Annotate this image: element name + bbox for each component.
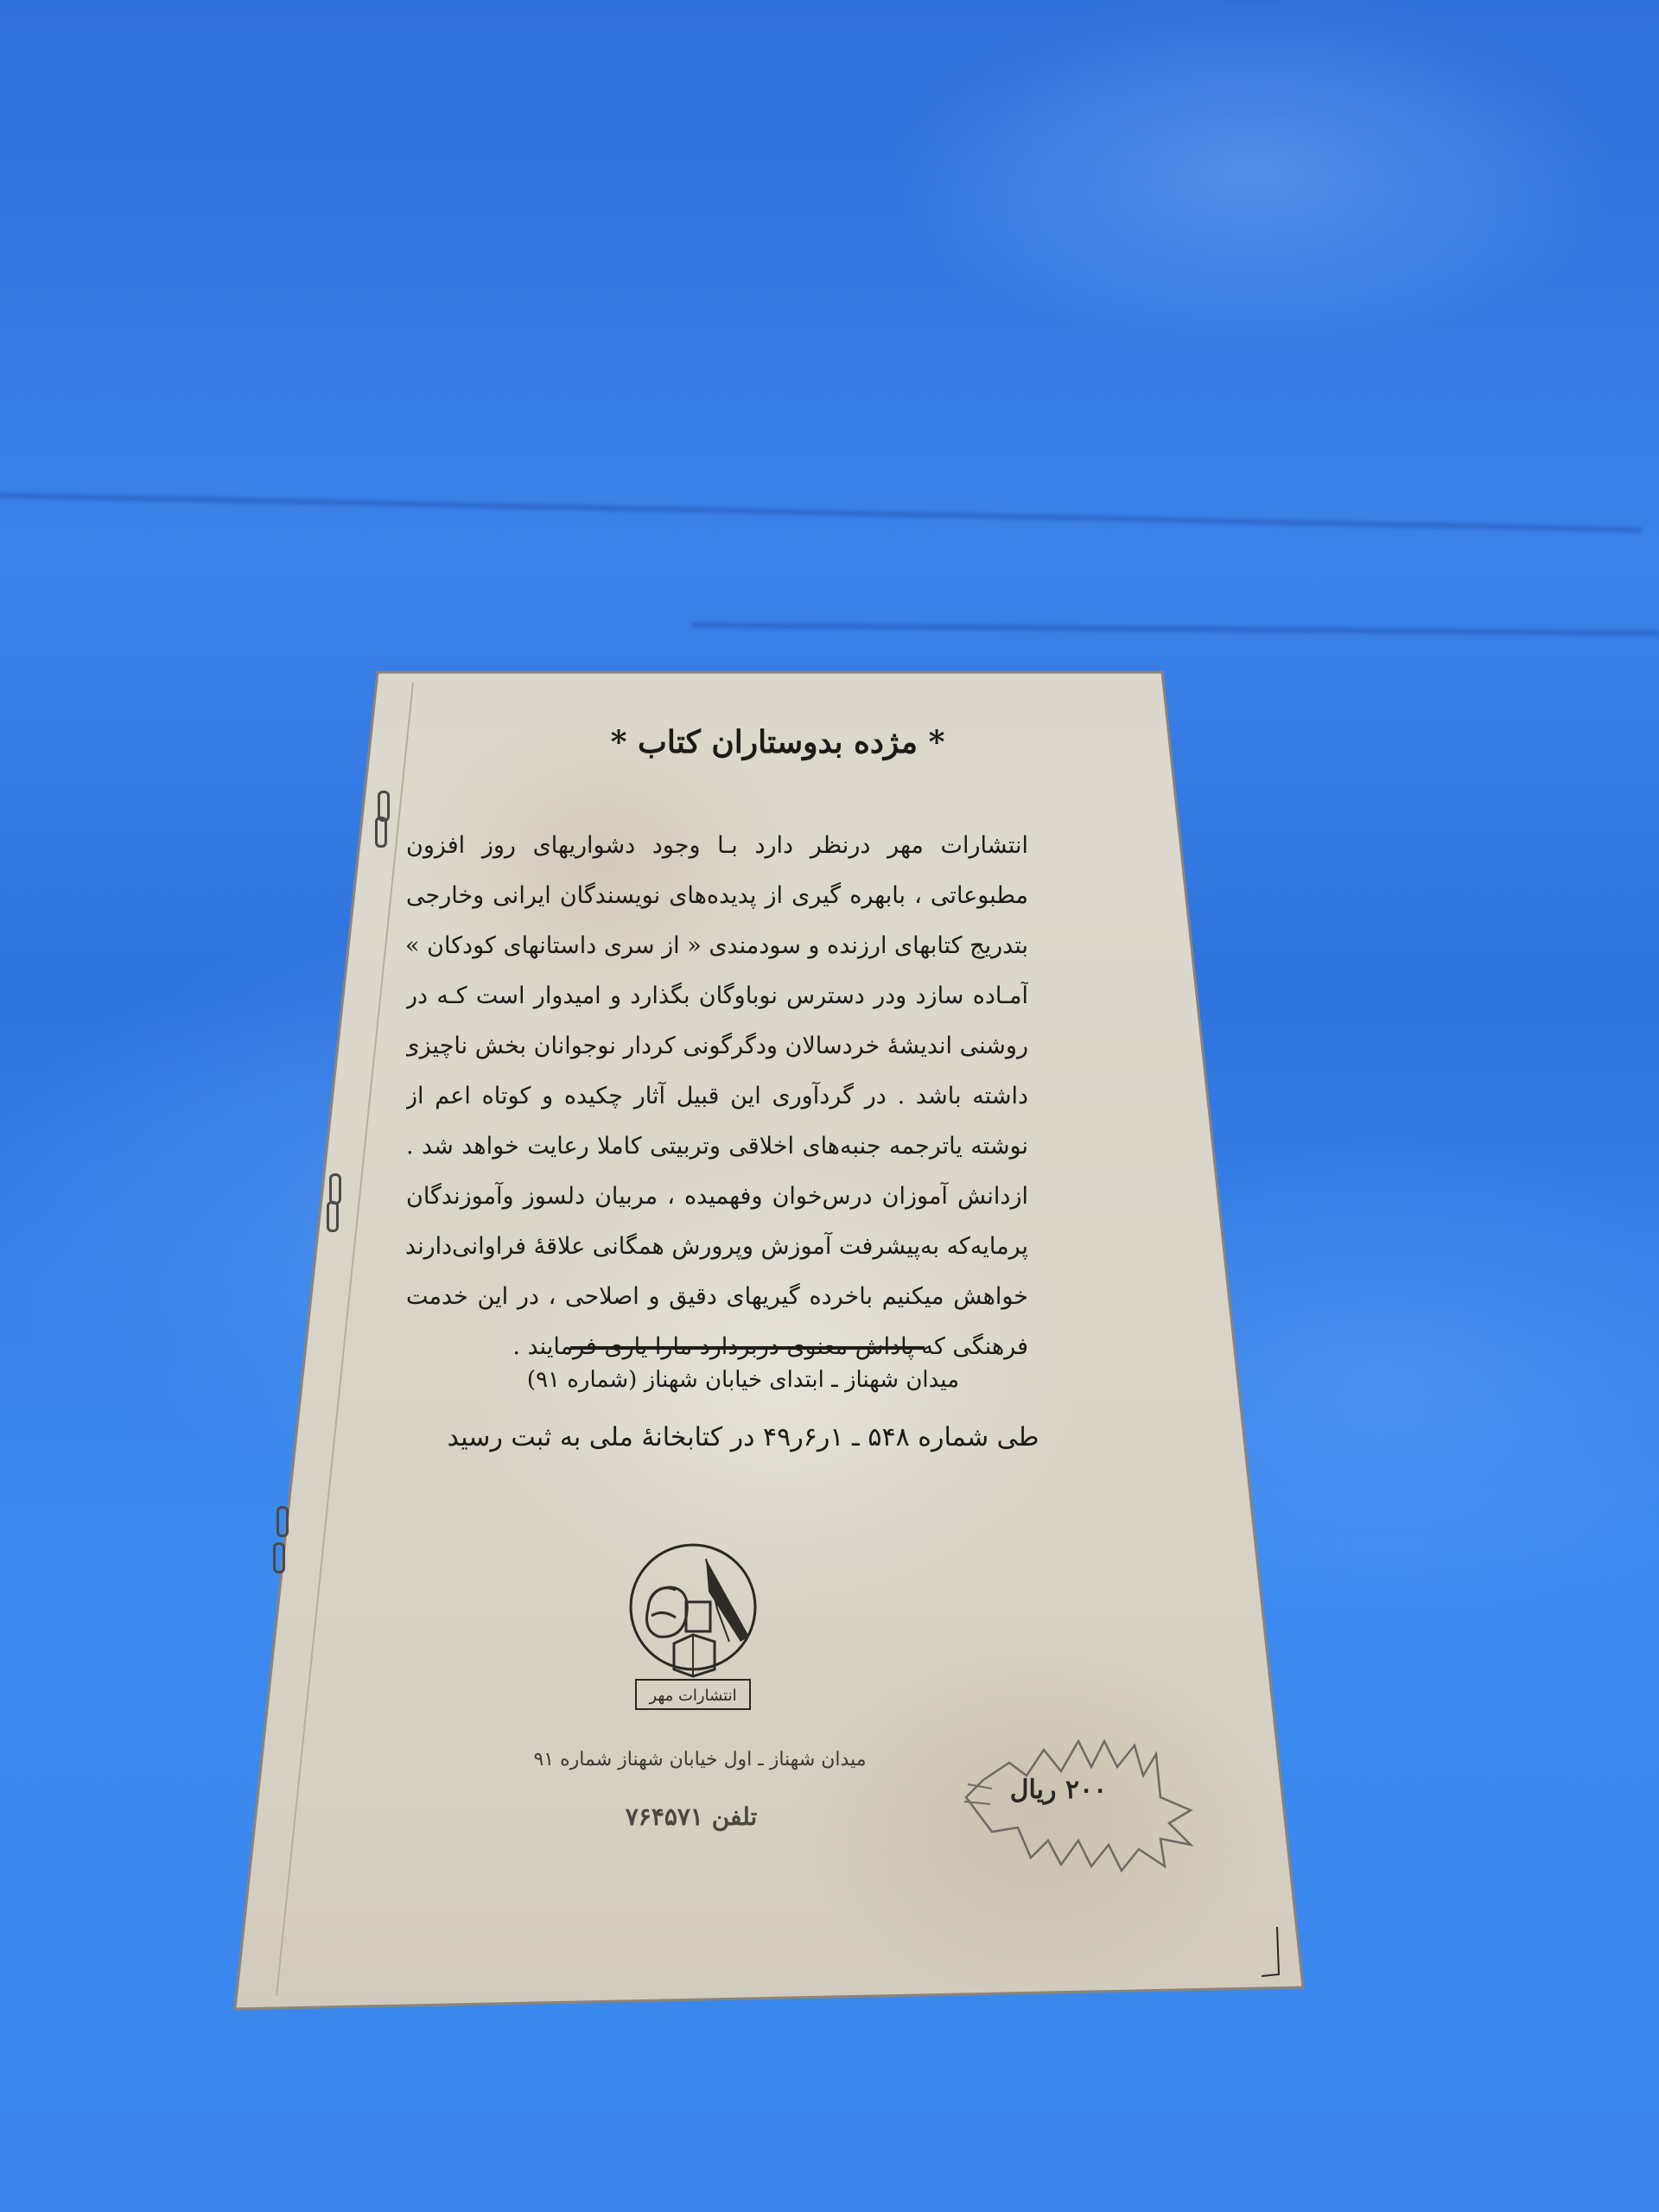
paragraph-line: انتشارات مهر درنظر دارد بـا وجود دشواریه…: [406, 821, 1028, 871]
bottom-address: میدان شهناز ـ اول خیابان شهناز شماره ۹۱: [475, 1749, 925, 1770]
publisher-address: میدان شهناز ـ ابتدای خیابان شهناز (شماره…: [484, 1367, 1002, 1393]
paragraph-line: روشنی اندیشهٔ خردسالان ودگرگونی کردار نو…: [406, 1021, 1028, 1071]
publisher-logo-icon: انتشارات مهر: [624, 1540, 762, 1713]
paragraph-line: خواهش میکنیم باخرده گیریهای دقیق و اصلاح…: [406, 1272, 1028, 1322]
page-title: * مژده بدوستاران کتاب *: [562, 724, 994, 760]
paragraph-line: داشته باشد . در گردآوری این قبیل آثار چک…: [406, 1071, 1028, 1122]
announcement-paragraph: انتشارات مهر درنظر دارد بـا وجود دشواریه…: [406, 821, 1028, 1372]
logo-caption: انتشارات مهر: [648, 1687, 736, 1705]
paragraph-line: مطبوعاتی ، بابهره گیری از پدیده‌های نویس…: [406, 871, 1028, 921]
divider: [570, 1346, 925, 1350]
registration-note: طی شماره ۵۴۸ ـ ۱ر۶ر۴۹ در کتابخانهٔ ملی ب…: [441, 1422, 1046, 1452]
price-starburst-icon: [957, 1728, 1199, 1884]
phone-number: تلفن ۷۶۴۵۷۱: [553, 1802, 829, 1831]
paragraph-line: آمـاده سازد ودر دسترس نوباوگان بگذارد و …: [406, 971, 1028, 1021]
paragraph-line: پرمایه‌که به‌پیشرفت آموزش وپرورش همگانی …: [406, 1222, 1028, 1272]
paragraph-line: بتدریج کتابهای ارزنده و سودمندی « از سری…: [406, 921, 1028, 971]
price-label: ۲۰۰ ریال: [994, 1775, 1123, 1805]
cover-text: * مژده بدوستاران کتاب * انتشارات مهر درن…: [0, 0, 1659, 2212]
paragraph-line: ازدانش آموزان درس‌خوان وفهمیده ، مربیان …: [406, 1172, 1028, 1222]
paragraph-line: نوشته یاترجمه جنبه‌های اخلاقی وتربیتی کا…: [406, 1122, 1028, 1172]
